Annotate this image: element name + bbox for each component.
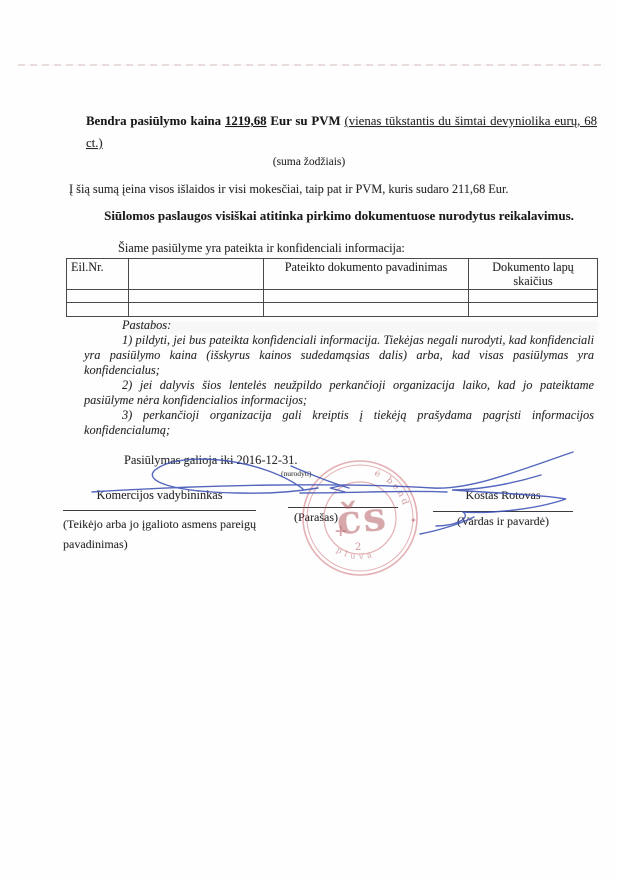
table-cell: [264, 290, 469, 303]
table-cell: [469, 290, 598, 303]
notes-title: Pastabos:: [84, 318, 594, 333]
scanned-document-page: Bendra pasiūlymo kaina 1219,68 Eur su PV…: [0, 0, 618, 878]
signature-line: [433, 511, 573, 512]
col-header-eil-nr: Eil.Nr.: [67, 259, 129, 290]
note-item-3: 3) perkančioji organizacija gali kreipti…: [84, 408, 594, 438]
signer-name: Kostas Rotovas: [433, 488, 573, 503]
company-stamp-icon: ė bend pluva čs + 2 ✦: [296, 456, 426, 586]
sum-in-words-caption: (suma žodžiais): [0, 156, 618, 168]
signature-line: [63, 510, 256, 511]
position-caption: (Teikėjo arba jo įgalioto asmens pareigų…: [63, 514, 256, 554]
table-header-row: Eil.Nr. Pateikto dokumento pavadinimas D…: [67, 259, 598, 290]
signature-block-left: Komercijos vadybininkas (Teikėjo arba jo…: [63, 488, 256, 554]
stamp-number: 2: [355, 542, 361, 553]
scan-artifact-line: [18, 64, 606, 66]
table-cell: [129, 303, 264, 317]
table-cell: [469, 303, 598, 317]
stamp-cross-icon: +: [334, 521, 347, 540]
confidential-intro: Šiame pasiūlyme yra pateikta ir konfiden…: [118, 241, 405, 256]
table-cell: [264, 303, 469, 317]
note-item-1: 1) pildyti, jei bus pateikta konfidencia…: [84, 333, 594, 378]
table-cell: [129, 290, 264, 303]
table-row: [67, 290, 598, 303]
signature-block-right: Kostas Rotovas (Vardas ir pavardė): [433, 488, 573, 529]
note-item-2: 2) jei dalyvis šios lentelės neužpildo p…: [84, 378, 594, 408]
signer-position: Komercijos vadybininkas: [63, 488, 256, 503]
price-heading: Bendra pasiūlymo kaina 1219,68 Eur su PV…: [86, 110, 597, 154]
confidential-info-table: Eil.Nr. Pateikto dokumento pavadinimas D…: [66, 258, 598, 317]
col-header-empty: [129, 259, 264, 290]
sum-includes-paragraph: Į šią sumą įeina visos išlaidos ir visi …: [69, 182, 591, 197]
stamp-star-icon: ✦: [410, 516, 417, 525]
compliance-statement: Siūlomos paslaugos visiškai atitinka pir…: [88, 208, 590, 224]
notes-section: Pastabos: 1) pildyti, jei bus pateikta k…: [84, 318, 594, 438]
table-cell: [67, 303, 129, 317]
validity-statement: Pasiūlymas galioja iki 2016-12-31.: [124, 453, 297, 468]
price-heading-middle: Eur su PVM: [267, 114, 345, 128]
price-amount: 1219,68: [225, 114, 267, 128]
name-caption: (Vardas ir pavardė): [433, 514, 573, 529]
col-header-page-count: Dokumento lapų skaičius: [469, 259, 598, 290]
table-row: [67, 303, 598, 317]
price-heading-prefix: Bendra pasiūlymo kaina: [86, 114, 225, 128]
table-cell: [67, 290, 129, 303]
col-header-document-name: Pateikto dokumento pavadinimas: [264, 259, 469, 290]
